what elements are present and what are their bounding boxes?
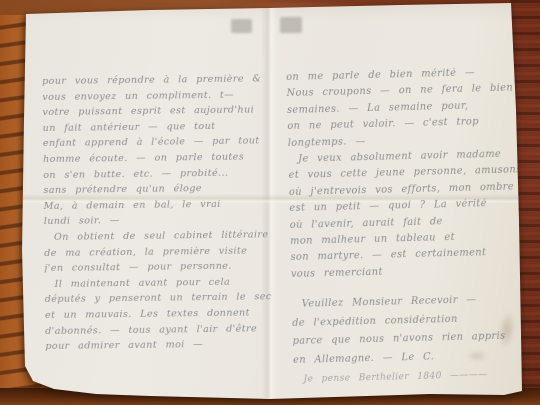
handwritten-line: pour admirer avant moi — (45, 336, 272, 354)
photo-handwritten-letter: pour vous répondre à la première &vous e… (0, 0, 540, 405)
adhesive-mark-left-page (231, 19, 252, 33)
letter-sheet: pour vous répondre à la première &vous e… (0, 0, 540, 405)
paragraph: Je pense Berthelier 1840 ———— (293, 366, 527, 388)
paragraph: on me parle de bien mérité —Nous croupon… (286, 64, 522, 152)
letter-page-right: on me parle de bien mérité —Nous croupon… (286, 64, 528, 402)
handwritten-line: Je pense Berthelier 1840 ———— (293, 366, 527, 388)
letter-sheet-wrap: pour vous répondre à la première &vous e… (0, 0, 540, 405)
paragraph: Je veux absolument avoir madameet vous c… (288, 146, 525, 283)
paragraph: Il maintenant avant pour celadéputés y p… (44, 274, 272, 355)
adhesive-mark-right-page (280, 17, 302, 33)
letter-page-left: pour vous répondre à la première &vous e… (42, 71, 273, 386)
paragraph: Veuillez Monsieur Recevoir —de l'expédit… (292, 290, 528, 369)
paragraph: pour vous répondre à la première &vous e… (42, 71, 271, 230)
paragraph: On obtient de seul cabinet littérairede … (44, 227, 272, 277)
